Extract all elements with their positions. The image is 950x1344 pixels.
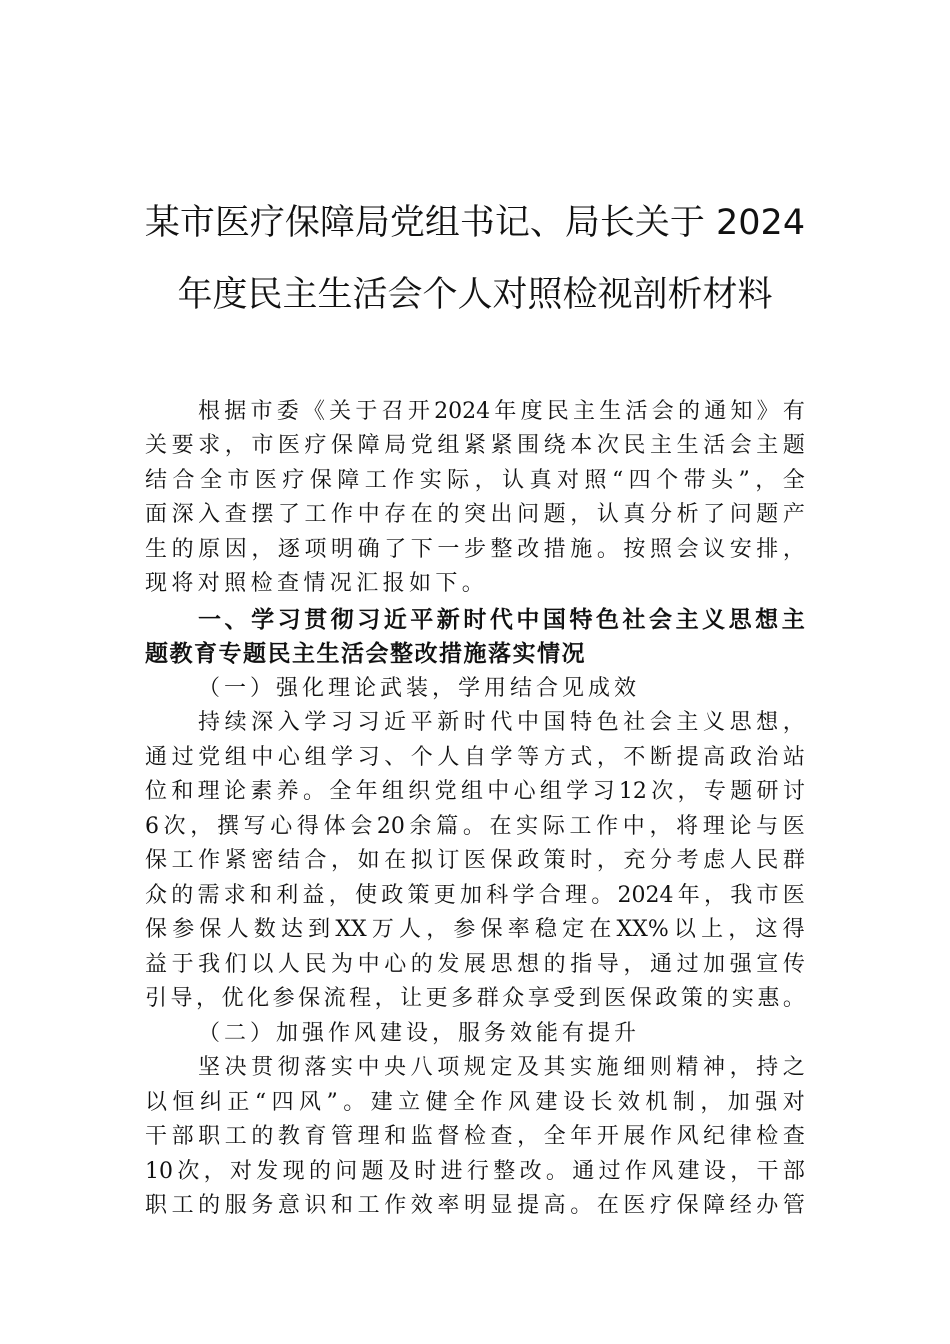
text-line: 持续深入学习习近平新时代中国特色社会主义思想， — [198, 706, 805, 740]
document-title-line-1: 某市医疗保障局党组书记、局长关于 2024 — [0, 201, 950, 245]
text-line: 职工的服务意识和工作效率明显提高。在医疗保障经办管 — [145, 1189, 805, 1223]
text-line: 以恒纠正“四风”。建立健全作风建设长效机制，加强对 — [145, 1086, 805, 1120]
text-line: 面深入查摆了工作中存在的突出问题，认真分析了问题产 — [145, 498, 805, 532]
text-line: 根据市委《关于召开2024年度民主生活会的通知》有 — [198, 395, 805, 429]
text-line: 坚决贯彻落实中央八项规定及其实施细则精神，持之 — [198, 1051, 805, 1085]
text-line: 位和理论素养。全年组织党组中心组学习12次，专题研讨 — [145, 775, 805, 809]
text-line: 结合全市医疗保障工作实际，认真对照“四个带头”，全 — [145, 464, 805, 498]
text-line: 10次，对发现的问题及时进行整改。通过作风建设，干部 — [145, 1155, 805, 1189]
document-page: 某市医疗保障局党组书记、局长关于 2024 年度民主生活会个人对照检视剖析材料 … — [0, 0, 950, 1344]
subsection-2-heading: （二）加强作风建设，服务效能有提升 — [198, 1017, 640, 1051]
text-line: 引导，优化参保流程，让更多群众享受到医保政策的实惠。 — [145, 982, 805, 1016]
text-line: 干部职工的教育管理和监督检查，全年开展作风纪律检查 — [145, 1120, 805, 1154]
text-line: 6次，撰写心得体会20余篇。在实际工作中，将理论与医 — [145, 810, 805, 844]
text-line: 众的需求和利益，使政策更加科学合理。2024年，我市医 — [145, 879, 805, 913]
text-line: 生的原因，逐项明确了下一步整改措施。按照会议安排， — [145, 533, 805, 567]
text-line: 关要求，市医疗保障局党组紧紧围绕本次民主生活会主题 — [145, 429, 805, 463]
text-line: 保参保人数达到XX万人，参保率稳定在XX%以上，这得 — [145, 913, 805, 947]
document-title-line-2: 年度民主生活会个人对照检视剖析材料 — [0, 273, 950, 317]
text-line: 保工作紧密结合，如在拟订医保政策时，充分考虑人民群 — [145, 844, 805, 878]
text-line: 益于我们以人民为中心的发展思想的指导，通过加强宣传 — [145, 948, 805, 982]
subsection-1-heading: （一）强化理论武装，学用结合见成效 — [198, 672, 640, 706]
text-line: 现将对照检查情况汇报如下。 — [145, 567, 805, 601]
section-heading-line: 题教育专题民主生活会整改措施落实情况 — [145, 637, 805, 671]
section-heading-line: 一、学习贯彻习近平新时代中国特色社会主义思想主 — [198, 603, 805, 637]
text-line: 通过党组中心组学习、个人自学等方式，不断提高政治站 — [145, 741, 805, 775]
